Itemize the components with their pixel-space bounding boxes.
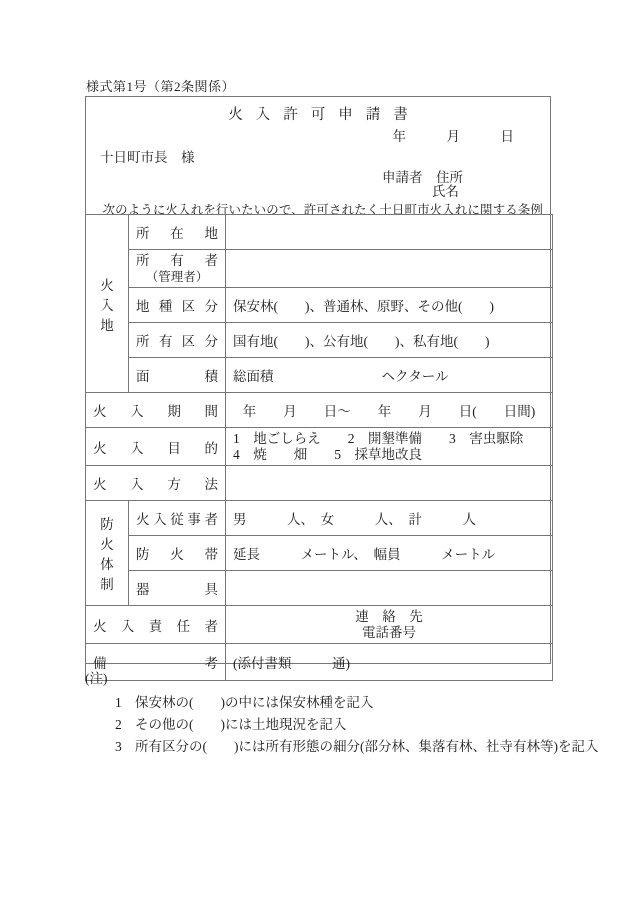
application-statement: 次のように火入れを行いたいので、許可されたく十日町市火入れに関する条例第2条の規… [90,203,547,214]
note-item: 1 保安林の( )の中には保安林種を記入 [115,692,598,714]
form-title: 火入許可申請書 [86,97,550,124]
responsible-value-cell: 連 絡 先 電話番号 [226,606,553,644]
date-line: 年 月 日 [86,125,550,145]
location-label: 所在地 [129,215,226,250]
owner-sub-label: （管理者） [136,269,218,285]
table-row-workers: 防 火 体 制 火入従事者 男 人、 女 人、 計 人 [86,501,553,536]
group-char: 入 [100,294,114,314]
period-label: 火入期間 [86,393,226,428]
firebreak-value: 延長 メートル、 幅員 メートル [226,536,553,571]
group-char: 火 [100,533,114,553]
land-type-value: 保安林( )、普通林、原野、その他( ) [226,288,553,323]
form-box: 火入許可申請書 年 月 日 十日町市長 様 申請者 住所 氏名 次のように火入れ… [85,96,551,664]
equipment-value-cell [226,571,553,606]
purpose-line2: 4 焼 畑 5 採草地改良 [233,447,545,463]
table-row-responsible: 火入責任者 連 絡 先 電話番号 [86,606,553,644]
form-header: 火入許可申請書 年 月 日 十日町市長 様 申請者 住所 氏名 次のように火入れ… [86,97,550,214]
application-table: 火 入 地 所在地 所有者 （管理者） 地種区分 保安林( )、普通林、原野、そ… [85,214,553,681]
applicant-name-label: 氏名 [382,185,550,199]
notes-heading: (注) [85,667,598,687]
table-row-land-type: 地種区分 保安林( )、普通林、原野、その他( ) [86,288,553,323]
note-item: 3 所有区分の( )には所有形態の細分(部分林、集落有林、社寺有林等)を記入 [115,736,598,758]
method-label: 火入方法 [86,466,226,501]
table-row-equipment: 器具 [86,571,553,606]
responsible-label: 火入責任者 [86,606,226,644]
form-page: 様式第1号（第2条関係） 火入許可申請書 年 月 日 十日町市長 様 申請者 住… [0,0,630,903]
land-type-label: 地種区分 [129,288,226,323]
table-row-firebreak: 防火帯 延長 メートル、 幅員 メートル [86,536,553,571]
table-row-method: 火入方法 [86,466,553,501]
period-value: 年 月 日〜 年 月 日( 日間) [226,393,553,428]
ownership-value: 国有地( )、公有地( )、私有地( ) [226,323,553,358]
group-char: 地 [100,314,114,334]
ownership-label: 所有区分 [129,323,226,358]
table-row-purpose: 火入目的 1 地ごしらえ 2 開墾準備 3 害虫駆除 4 焼 畑 5 採草地改良 [86,428,553,466]
group-label-fire-prevention: 防 火 体 制 [86,501,129,606]
note-number: 3 [115,736,135,758]
note-number: 2 [115,714,135,736]
purpose-line1: 1 地ごしらえ 2 開墾準備 3 害虫駆除 [233,431,545,447]
note-text: 保安林の( )の中には保安林種を記入 [135,692,374,714]
applicant-block: 申請者 住所 氏名 [382,171,550,199]
firebreak-label: 防火帯 [129,536,226,571]
method-value-cell [226,466,553,501]
notes-section: (注) 1 保安林の( )の中には保安林種を記入 2 その他の( )には土地現況… [85,667,598,758]
purpose-label: 火入目的 [86,428,226,466]
area-value: 総面積 ヘクタール [226,358,553,393]
owner-label-cell: 所有者 （管理者） [129,250,226,288]
note-item: 2 その他の( )には土地現況を記入 [115,714,598,736]
addressee: 十日町市長 様 [86,146,550,166]
owner-label: 所有者 [136,253,218,269]
workers-label: 火入従事者 [129,501,226,536]
note-text: その他の( )には土地現況を記入 [135,714,347,736]
equipment-label: 器具 [129,571,226,606]
group-char: 体 [100,553,114,573]
note-text: 所有区分の( )には所有形態の細分(部分林、集落有林、社寺有林等)を記入 [135,736,598,758]
table-row-owner: 所有者 （管理者） [86,250,553,288]
table-row-area: 面積 総面積 ヘクタール [86,358,553,393]
note-number: 1 [115,692,135,714]
group-char: 火 [100,274,114,294]
table-row-location: 火 入 地 所在地 [86,215,553,250]
table-row-period: 火入期間 年 月 日〜 年 月 日( 日間) [86,393,553,428]
form-number: 様式第1号（第2条関係） [86,76,235,95]
workers-value: 男 人、 女 人、 計 人 [226,501,553,536]
owner-value-cell [226,250,553,288]
table-row-ownership: 所有区分 国有地( )、公有地( )、私有地( ) [86,323,553,358]
group-char: 防 [100,513,114,533]
location-value-cell [226,215,553,250]
group-label-fire-land: 火 入 地 [86,215,129,393]
contact-label: 連 絡 先 [233,609,545,625]
group-char: 制 [100,573,114,593]
applicant-address-line: 申請者 住所 [382,171,550,185]
purpose-value-cell: 1 地ごしらえ 2 開墾準備 3 害虫駆除 4 焼 畑 5 採草地改良 [226,428,553,466]
area-label: 面積 [129,358,226,393]
phone-label: 電話番号 [233,625,545,641]
